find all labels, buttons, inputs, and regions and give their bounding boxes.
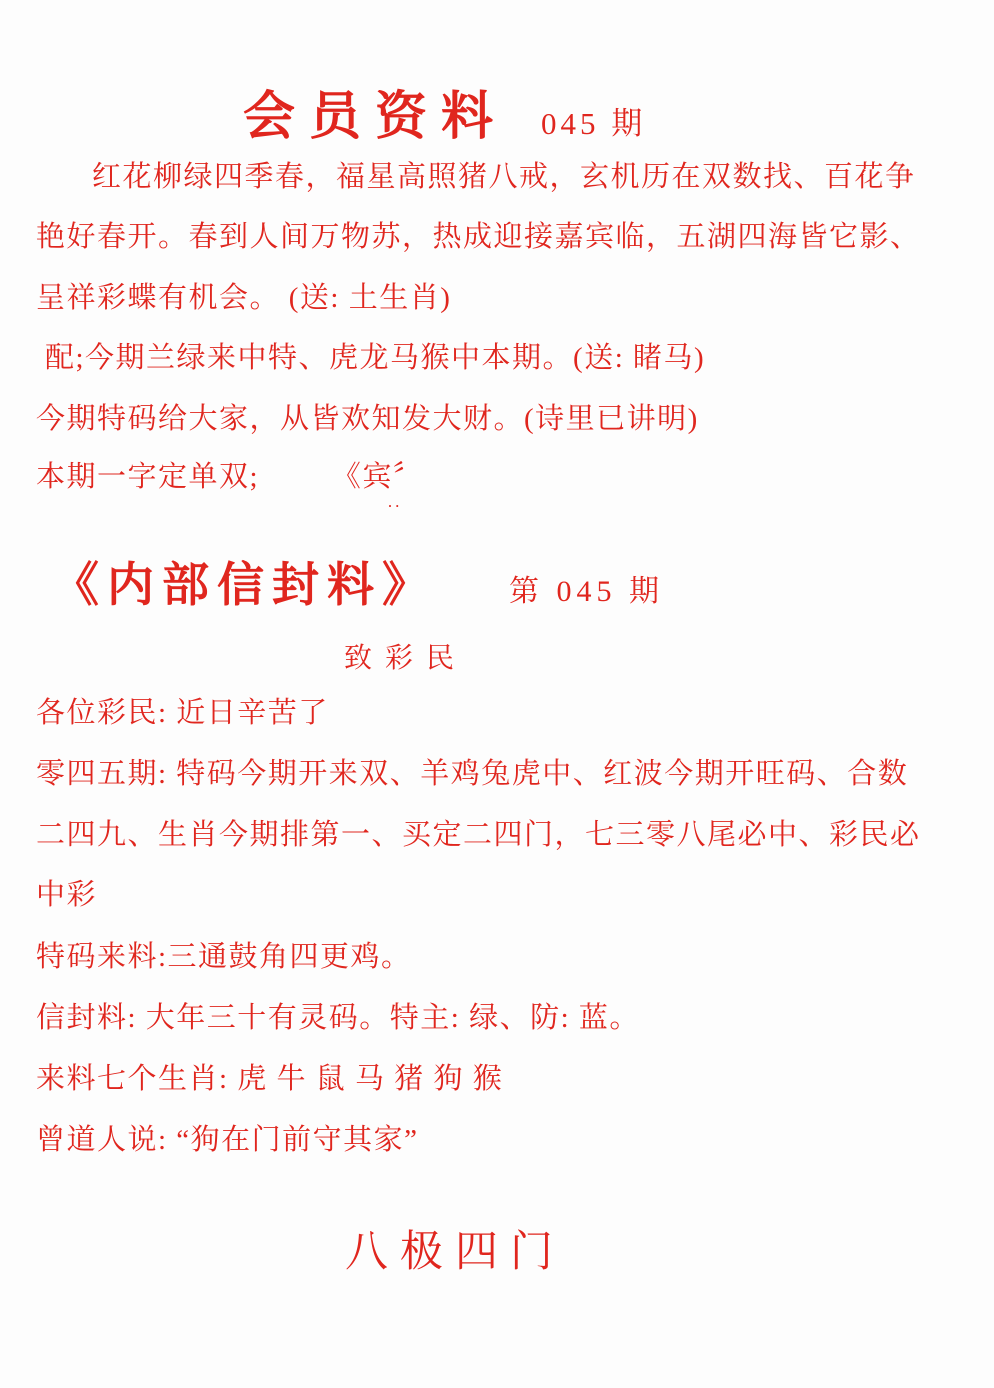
poem-line-2: 艳好春开。春到人间万物苏，热成迎接嘉宾临，五湖四海皆它影、 xyxy=(36,220,921,255)
member-issue-number: 045 期 xyxy=(541,98,646,143)
body-line-6: 信封料: 大年三十有灵码。特主: 绿、防: 蓝。 xyxy=(36,1001,640,1036)
body-line-7: 来料七个生肖: 虎 牛 鼠 马 猪 狗 猴 xyxy=(36,1062,503,1097)
poem-line-1: 红花柳绿四季春，福星高照猪八戒，玄机历在双数找、百花争 xyxy=(92,160,916,195)
salutation: 致彩民 xyxy=(344,636,467,676)
poem-line-5: 今期特码给大家，从皆欢知发大财。(诗里已讲明) xyxy=(36,402,699,437)
body-line-1: 各位彩民: 近日辛苦了 xyxy=(36,696,329,731)
poem-line-3: 呈祥彩蝶有机会。 (送: 土生肖) xyxy=(36,281,451,316)
envelope-issue-number: 第 045 期 xyxy=(509,566,664,610)
one-word-line: 本期一字定单双; 《宾〞 .. xyxy=(36,460,423,495)
one-word-dots: .. xyxy=(388,492,403,512)
one-word-label: 本期一字定单双; xyxy=(36,461,259,493)
member-title-row: 会员资料 045 期 xyxy=(243,74,646,149)
member-title: 会员资料 xyxy=(243,74,507,149)
document-page: 会员资料 045 期 红花柳绿四季春，福星高照猪八戒，玄机历在双数找、百花争 艳… xyxy=(0,0,994,1388)
envelope-title: 《内部信封料》 xyxy=(52,548,437,615)
poem-line-4: 配;今期兰绿来中特、虎龙马猴中本期。(送: 睹马) xyxy=(45,341,705,376)
envelope-title-row: 《内部信封料》 第 045 期 xyxy=(52,548,664,615)
body-line-2: 零四五期: 特码今期开来双、羊鸡兔虎中、红波今期开旺码、合数 xyxy=(36,757,908,792)
one-word-text: 《宾〞 xyxy=(332,461,424,493)
body-line-3: 二四九、生肖今期排第一、买定二四门，七三零八尾必中、彩民必 xyxy=(36,818,921,853)
footer-title: 八极四门 xyxy=(345,1218,565,1279)
one-word-value: 《宾〞 .. xyxy=(332,460,424,495)
body-line-5: 特码来料:三通鼓角四更鸡。 xyxy=(36,940,412,975)
body-line-8: 曾道人说: “狗在门前守其家” xyxy=(36,1123,419,1158)
body-line-4: 中彩 xyxy=(36,878,97,913)
